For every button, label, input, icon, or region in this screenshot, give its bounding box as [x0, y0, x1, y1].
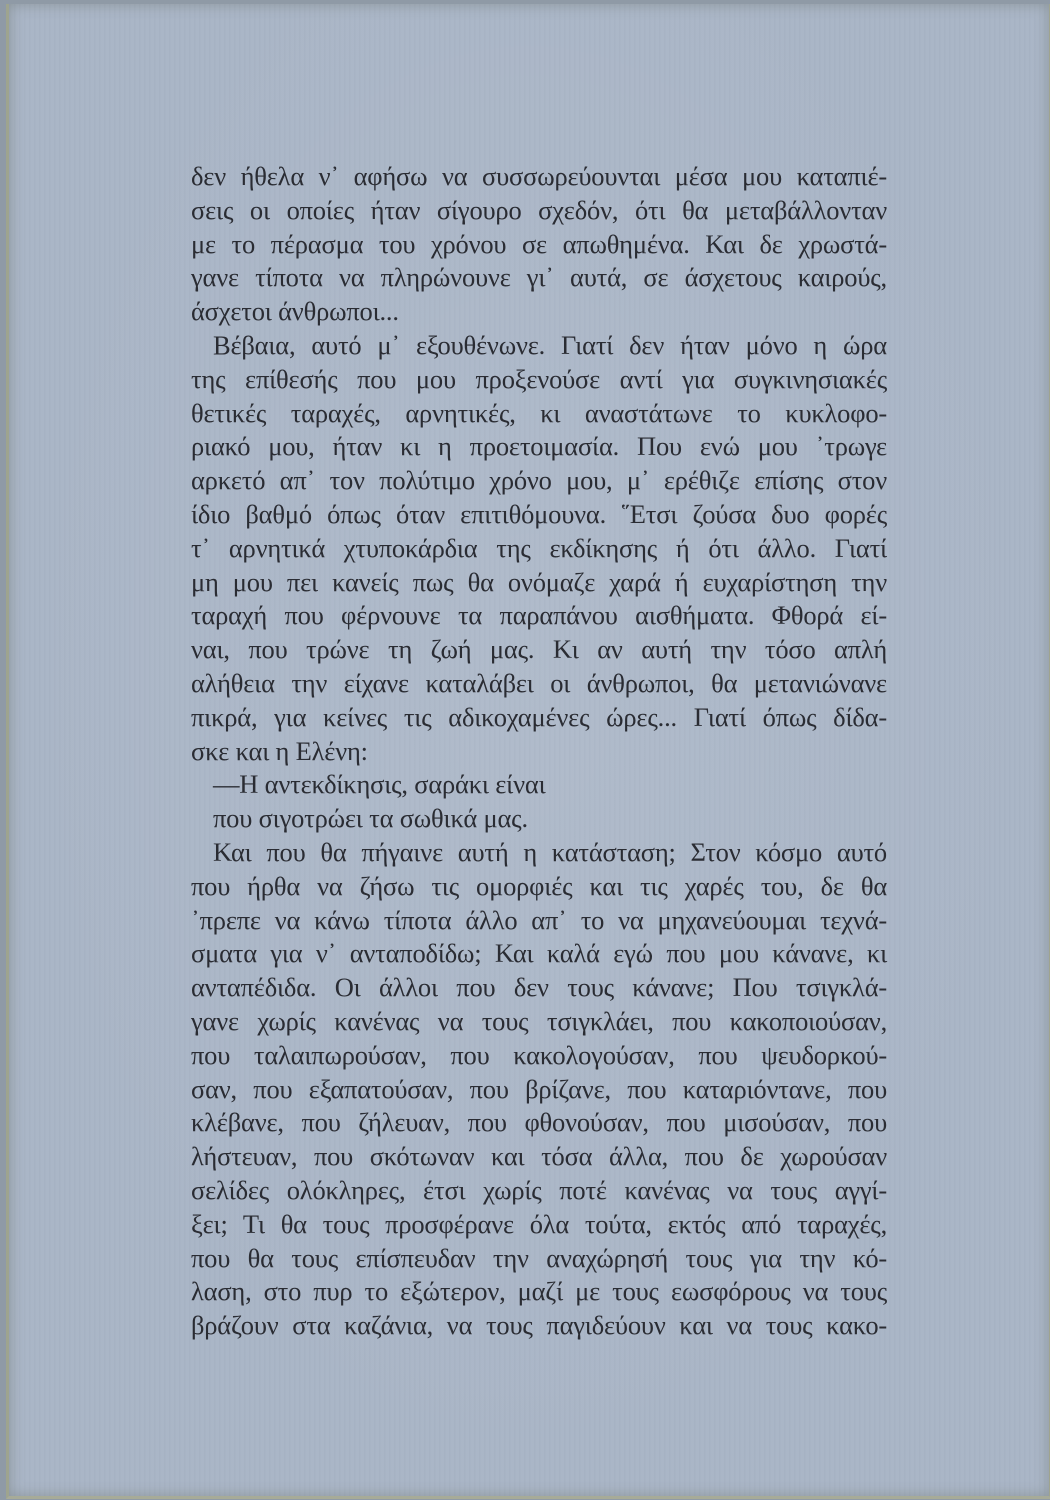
text-line: βράζουν στα καζάνια, να τους παγιδεύουν …	[191, 1309, 887, 1343]
text-line: Και που θα πήγαινε αυτή η κατάσταση; Στο…	[191, 836, 887, 870]
text-line: σαν, που εξαπατούσαν, που βρίζανε, που κ…	[191, 1073, 887, 1107]
paragraph-3: Και που θα πήγαινε αυτή η κατάσταση; Στο…	[191, 836, 887, 1343]
quotation: —Η αντεκδίκησις, σαράκι είναι που σιγοτρ…	[191, 768, 887, 836]
paragraph-2: Βέβαια, αυτό μ᾽ εξουθένωνε. Γιατί δεν ήτ…	[191, 329, 887, 768]
text-line: που ήρθα να ζήσω τις ομορφιές και τις χα…	[191, 870, 887, 904]
text-line: σελίδες ολόκληρες, έτσι χωρίς ποτέ κανέν…	[191, 1174, 887, 1208]
text-line: μη μου πει κανείς πως θα ονόμαζε χαρά ή …	[191, 566, 887, 600]
text-line: λαση, στο πυρ το εξώτερον, μαζί με τους …	[191, 1275, 887, 1309]
text-line: λήστευαν, που σκότωναν και τόσα άλλα, πο…	[191, 1140, 887, 1174]
text-line: ναι, που τρώνε τη ζωή μας. Κι αν αυτή τη…	[191, 633, 887, 667]
text-line: της επίθεσής που μου προξενούσε αντί για…	[191, 363, 887, 397]
text-line: δεν ήθελα ν᾽ αφήσω να συσσωρεύουνται μέσ…	[191, 160, 887, 194]
text-line: κλέβανε, που ζήλευαν, που φθονούσαν, που…	[191, 1106, 887, 1140]
body-text: δεν ήθελα ν᾽ αφήσω να συσσωρεύουνται μέσ…	[191, 160, 887, 1343]
book-page: δεν ήθελα ν᾽ αφήσω να συσσωρεύουνται μέσ…	[6, 4, 1050, 1499]
text-line: σεις οι οποίες ήταν σίγουρο σχεδόν, ότι …	[191, 194, 887, 228]
text-line: που θα τους επίσπευδαν την αναχώρησή του…	[191, 1242, 887, 1276]
quote-line: που σιγοτρώει τα σωθικά μας.	[191, 802, 887, 836]
text-line: ίδιο βαθμό όπως όταν επιτιθόμουνα. ῞Ετσι…	[191, 498, 887, 532]
text-line: σκε και η Ελένη:	[191, 735, 887, 769]
text-line: ανταπέδιδα. Οι άλλοι που δεν τους κάνανε…	[191, 971, 887, 1005]
text-line: άσχετοι άνθρωποι...	[191, 295, 887, 329]
text-line: αλήθεια την είχανε καταλάβει οι άνθρωποι…	[191, 667, 887, 701]
text-line: αρκετό απ᾽ τον πολύτιμο χρόνο μου, μ᾽ ερ…	[191, 464, 887, 498]
text-line: με το πέρασμα του χρόνου σε απωθημένα. Κ…	[191, 228, 887, 262]
text-line: σματα για ν᾽ ανταποδίδω; Και καλά εγώ πο…	[191, 937, 887, 971]
text-line: ξει; Τι θα τους προσφέρανε όλα τούτα, εκ…	[191, 1208, 887, 1242]
text-line: πικρά, για κείνες τις αδικοχαμένες ώρες.…	[191, 701, 887, 735]
text-line: γανε χωρίς κανένας να τους τσιγκλάει, πο…	[191, 1005, 887, 1039]
text-line: που ταλαιπωρούσαν, που κακολογούσαν, που…	[191, 1039, 887, 1073]
text-line: ᾽πρεπε να κάνω τίποτα άλλο απ᾽ το να μηχ…	[191, 904, 887, 938]
text-line: θετικές ταραχές, αρνητικές, κι αναστάτων…	[191, 397, 887, 431]
text-line: γανε τίποτα να πληρώνουνε γι᾽ αυτά, σε ά…	[191, 261, 887, 295]
text-line: ριακό μου, ήταν κι η προετοιμασία. Που ε…	[191, 430, 887, 464]
paragraph-1: δεν ήθελα ν᾽ αφήσω να συσσωρεύουνται μέσ…	[191, 160, 887, 329]
text-line: τ᾽ αρνητικά χτυποκάρδια της εκδίκησης ή …	[191, 532, 887, 566]
text-line: ταραχή που φέρνουνε τα παραπάνου αισθήμα…	[191, 599, 887, 633]
quote-line: —Η αντεκδίκησις, σαράκι είναι	[191, 768, 887, 802]
text-line: Βέβαια, αυτό μ᾽ εξουθένωνε. Γιατί δεν ήτ…	[191, 329, 887, 363]
